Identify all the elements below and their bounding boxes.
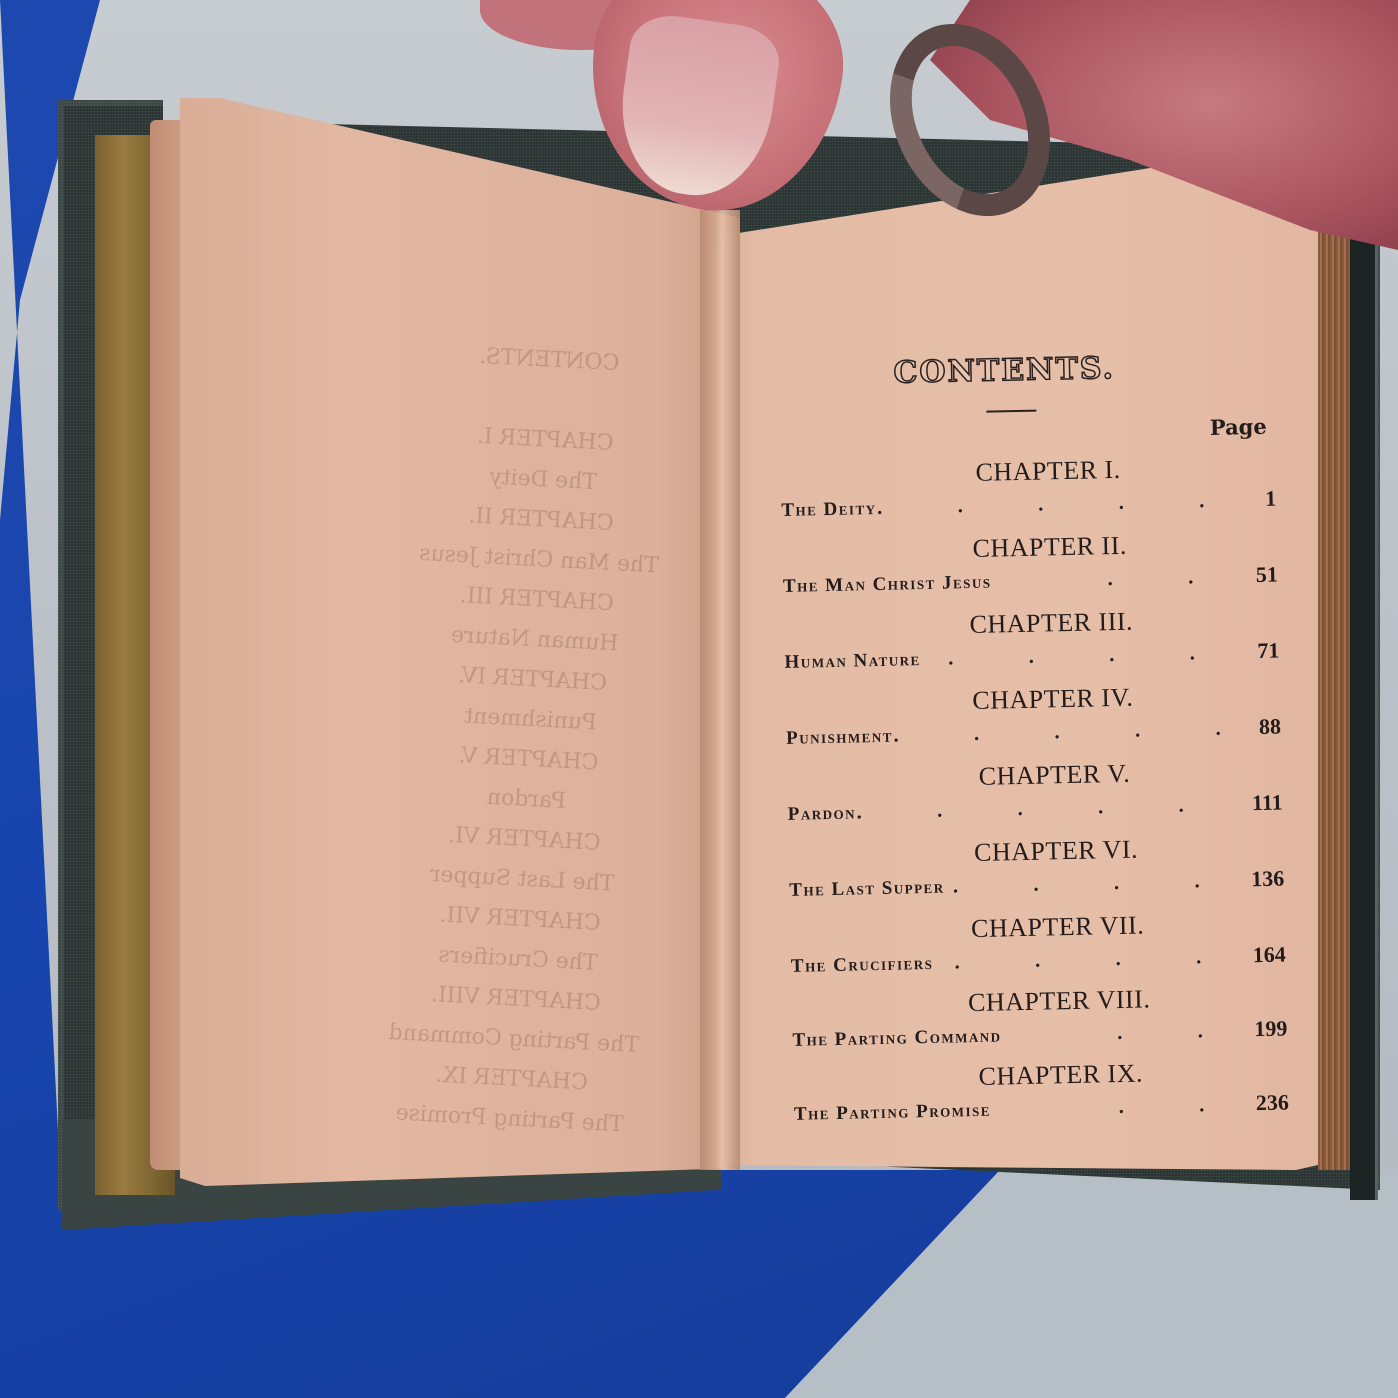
- table-of-contents: CONTENTS. Page CHAPTER I. The Deity . . …: [778, 340, 1289, 1140]
- page-number: 111: [1238, 790, 1283, 817]
- chapter-row: Human Nature . . . . 71: [784, 638, 1280, 678]
- chapter-title: The Last Supper: [789, 877, 945, 902]
- chapter-title: The Crucifiers: [791, 953, 934, 978]
- chapter-title: Punishment: [786, 726, 893, 750]
- chapter-row: The Crucifiers . . . . 164: [791, 942, 1287, 982]
- page-number: 71: [1235, 638, 1280, 665]
- page-number: 199: [1243, 1015, 1288, 1042]
- chapter-row: The Parting Command . . 199: [792, 1015, 1288, 1055]
- toc-entry: CHAPTER II. The Man Christ Jesus . . 51: [782, 528, 1278, 614]
- page-column-label: Page: [1210, 414, 1267, 440]
- page-number: 136: [1240, 866, 1285, 893]
- dot-leaders: . . . . .: [893, 718, 1238, 746]
- book-cover-right-edge: [1350, 150, 1378, 1200]
- dot-leaders: . . . . . .: [856, 794, 1239, 823]
- dot-leaders: . . . .: [933, 946, 1242, 973]
- left-page-bleed-through: CONTENTS. CHAPTER I. The Deity CHAPTER I…: [350, 332, 710, 1128]
- chapter-row: The Parting Promise . . 236: [794, 1089, 1290, 1129]
- chapter-title: The Man Christ Jesus: [783, 572, 992, 598]
- page-number: 88: [1237, 714, 1282, 741]
- dot-leaders: . . . .: [921, 642, 1236, 670]
- chapter-title: The Parting Promise: [794, 1100, 991, 1126]
- chapter-row: The Man Christ Jesus . . 51: [783, 562, 1279, 602]
- page-number: 236: [1245, 1089, 1290, 1116]
- toc-entry: CHAPTER IV. Punishment . . . . . 88: [785, 680, 1281, 766]
- toc-entry: CHAPTER III. Human Nature . . . . 71: [784, 604, 1280, 690]
- dot-leaders: . . . .: [944, 870, 1240, 897]
- toc-entry: CHAPTER I. The Deity . . . . . . 1: [780, 452, 1276, 538]
- page-number: 51: [1234, 562, 1279, 589]
- chapter-title: Human Nature: [784, 649, 921, 674]
- dot-leaders: . .: [991, 567, 1234, 593]
- chapter-title: Pardon: [788, 802, 857, 825]
- toc-entry: CHAPTER VI. The Last Supper . . . . 136: [788, 832, 1284, 918]
- book-gutter: [700, 210, 740, 1170]
- page-number: 164: [1242, 942, 1287, 969]
- toc-entry: CHAPTER VIII. The Parting Command . . 19…: [791, 981, 1287, 1067]
- title-rule-divider: [986, 410, 1036, 413]
- contents-title: CONTENTS.: [893, 351, 1115, 391]
- fore-edge-right: [1318, 160, 1350, 1170]
- chapter-title: The Deity: [781, 498, 877, 522]
- chapter-row: The Deity . . . . . . 1: [781, 486, 1277, 526]
- toc-entry: CHAPTER IX. The Parting Promise . . 236: [793, 1055, 1289, 1141]
- chapter-title: The Parting Command: [792, 1025, 1002, 1051]
- toc-entry: CHAPTER VII. The Crucifiers . . . . 164: [790, 908, 1286, 994]
- toc-entry: CHAPTER V. Pardon . . . . . . 111: [787, 756, 1283, 842]
- chapter-heading: CHAPTER I.: [780, 452, 1276, 492]
- dot-leaders: . .: [991, 1094, 1245, 1120]
- chapter-row: Pardon . . . . . . 111: [787, 790, 1283, 830]
- chapter-row: The Last Supper . . . . 136: [789, 866, 1285, 906]
- dot-leaders: . . . . . .: [876, 491, 1232, 519]
- page-number: 1: [1232, 486, 1277, 513]
- dot-leaders: . .: [1001, 1020, 1243, 1046]
- chapter-row: Punishment . . . . . 88: [786, 714, 1282, 754]
